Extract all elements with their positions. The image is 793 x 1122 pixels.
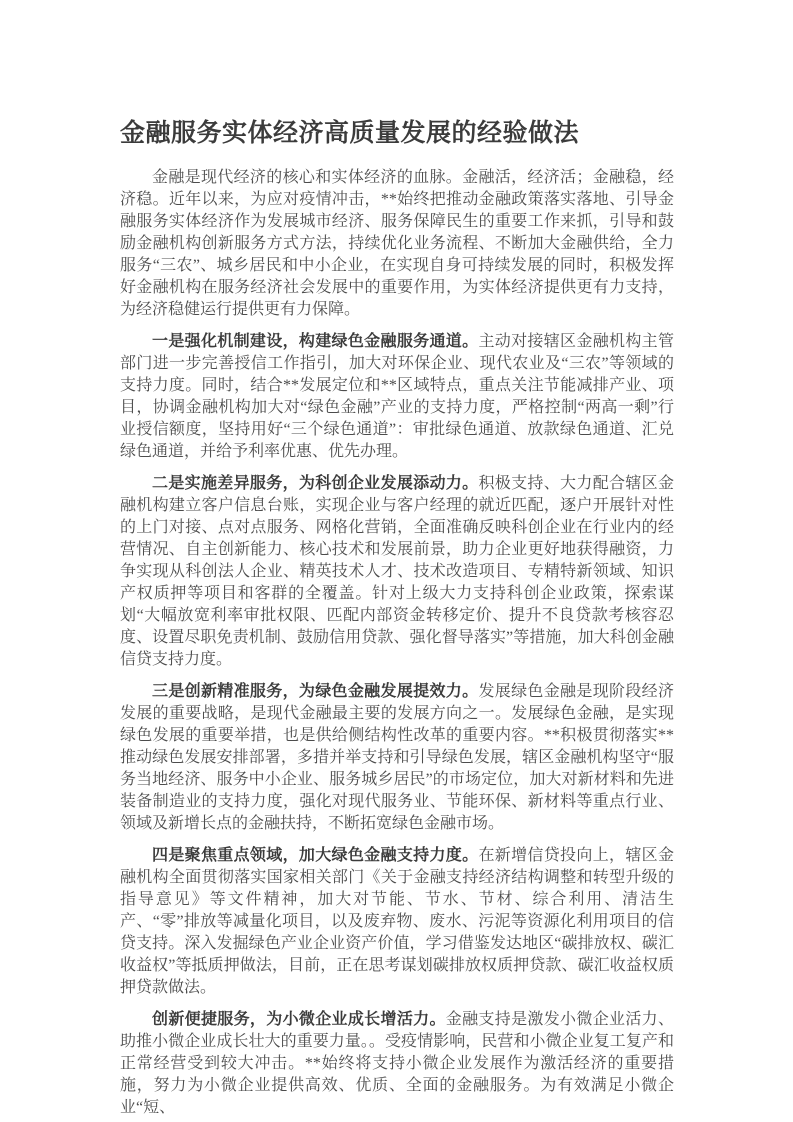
paragraph-text: 发展绿色金融是现阶段经济发展的重要战略，是现代金融最主要的发展方向之一。发展绿色… — [120, 683, 674, 832]
document-body: 金融是现代经济的核心和实体经济的血脉。金融活，经济活；金融稳，经济稳。近年以来，… — [120, 167, 674, 1119]
document-title: 金融服务实体经济高质量发展的经验做法 — [120, 118, 674, 149]
paragraph: 一是强化机制建设，构建绿色金融服务通道。主动对接辖区金融机构主管部门进一步完善授… — [120, 331, 674, 463]
paragraph-text: 金融是现代经济的核心和实体经济的血脉。金融活，经济活；金融稳，经济稳。近年以来，… — [120, 169, 674, 318]
paragraph-lead: 二是实施差异服务，为科创企业发展添动力。 — [152, 475, 478, 492]
paragraph: 创新便捷服务，为小微企业成长增活力。金融支持是激发小微企业活力、助推小微企业成长… — [120, 1009, 674, 1119]
document-page: 金融服务实体经济高质量发展的经验做法 金融是现代经济的核心和实体经济的血脉。金融… — [0, 0, 793, 1122]
paragraph-text: 积极支持、大力配合辖区金融机构建立客户信息台账，实现企业与客户经理的就近匹配，逐… — [120, 475, 674, 668]
paragraph: 四是聚焦重点领域，加大绿色金融支持力度。在新增信贷投向上，辖区金融机构全面贯彻落… — [120, 845, 674, 999]
paragraph-lead: 创新便捷服务，为小微企业成长增活力。 — [152, 1011, 446, 1028]
paragraph-lead: 四是聚焦重点领域，加大绿色金融支持力度。 — [152, 847, 478, 864]
paragraph-lead: 三是创新精准服务，为绿色金融发展提效力。 — [152, 683, 478, 700]
paragraph: 三是创新精准服务，为绿色金融发展提效力。发展绿色金融是现阶段经济发展的重要战略，… — [120, 681, 674, 835]
paragraph: 金融是现代经济的核心和实体经济的血脉。金融活，经济活；金融稳，经济稳。近年以来，… — [120, 167, 674, 321]
paragraph: 二是实施差异服务，为科创企业发展添动力。积极支持、大力配合辖区金融机构建立客户信… — [120, 473, 674, 671]
paragraph-text: 在新增信贷投向上，辖区金融机构全面贯彻落实国家相关部门《关于金融支持经济结构调整… — [120, 847, 674, 996]
paragraph-lead: 一是强化机制建设，构建绿色金融服务通道。 — [152, 333, 478, 350]
paragraph-text: 主动对接辖区金融机构主管部门进一步完善授信工作指引，加大对环保企业、现代农业及“… — [120, 333, 674, 460]
